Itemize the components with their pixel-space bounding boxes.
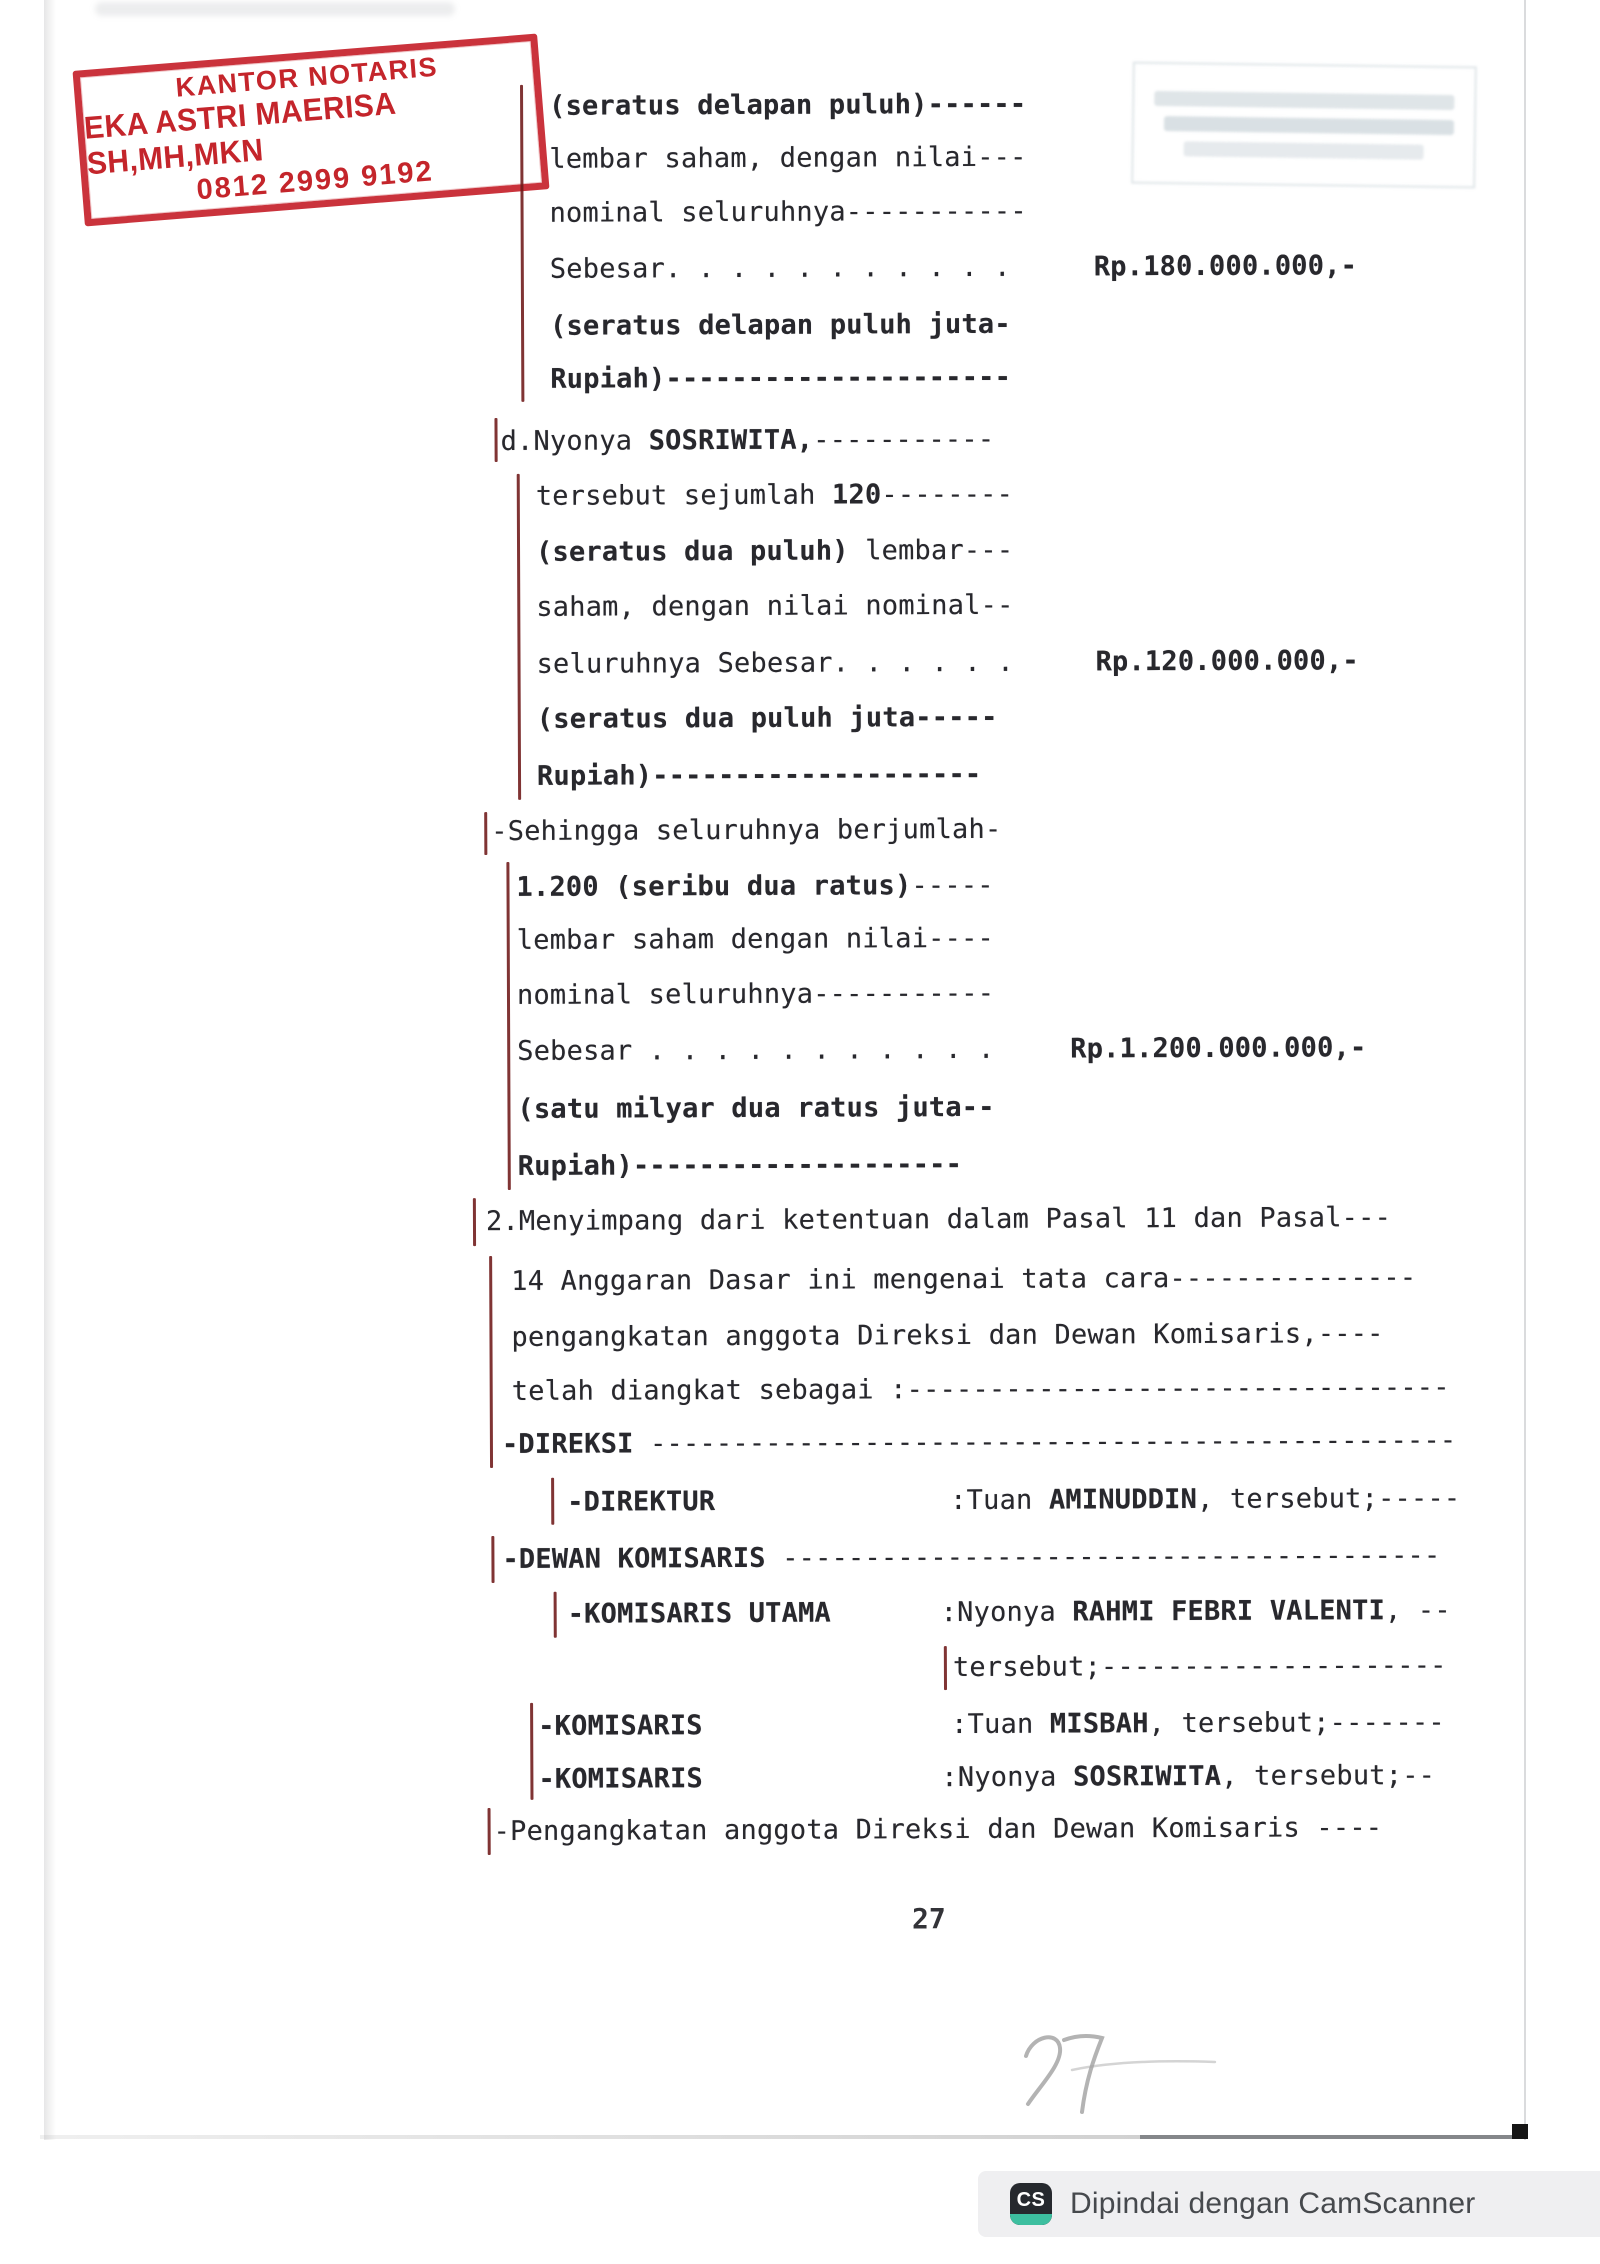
doc-line: (satu milyar dua ratus juta-- <box>517 1087 994 1131</box>
doc-line: -KOMISARIS <box>538 1758 703 1801</box>
handwritten-page-number <box>990 2010 1250 2140</box>
doc-line: :Nyonya SOSRIWITA, tersebut;-- <box>941 1755 1435 1799</box>
doc-line: 1.200 (seribu dua ratus)----- <box>516 865 993 909</box>
doc-line: nominal seluruhnya----------- <box>517 973 994 1017</box>
page-number: 27 <box>912 1902 946 1935</box>
doc-line: nominal seluruhnya----------- <box>549 191 1026 235</box>
doc-line: 2.Menyimpang dari ketentuan dalam Pasal … <box>486 1197 1391 1243</box>
doc-line: -Pengangkatan anggota Direksi dan Dewan … <box>494 1807 1383 1853</box>
doc-line: Rp.120.000.000,- <box>1095 640 1358 683</box>
doc-line: 14 Anggaran Dasar ini mengenai tata cara… <box>511 1257 1416 1303</box>
margin-line <box>494 418 497 462</box>
margin-line <box>517 474 521 800</box>
margin-line <box>506 862 510 1190</box>
camscanner-icon-letters: CS <box>1010 2185 1052 2216</box>
doc-line: (seratus dua puluh juta----- <box>537 697 998 741</box>
margin-line <box>488 1808 491 1855</box>
doc-line: :Tuan MISBAH, tersebut;------- <box>951 1702 1445 1746</box>
doc-line: -DEWAN KOMISARIS -----------------------… <box>502 1535 1440 1581</box>
margin-line <box>473 1198 476 1246</box>
doc-line: -KOMISARIS <box>538 1705 703 1748</box>
doc-line: Rp.180.000.000,- <box>1094 245 1357 288</box>
doc-line: (seratus delapan puluh)------ <box>549 84 1026 128</box>
doc-line: (seratus delapan puluh juta- <box>550 304 1011 348</box>
doc-line: lembar saham, dengan nilai--- <box>549 137 1026 181</box>
camscanner-icon: CS <box>1010 2183 1052 2225</box>
doc-line: -KOMISARIS UTAMA <box>568 1593 831 1636</box>
doc-line: lembar saham dengan nilai---- <box>517 918 994 962</box>
doc-line: seluruhnya Sebesar. . . . . . <box>536 642 1013 686</box>
doc-line: Rupiah)-------------------- <box>518 1144 962 1188</box>
margin-line <box>491 1536 494 1583</box>
margin-line <box>530 1703 533 1800</box>
doc-line: -Sehingga seluruhnya berjumlah- <box>491 809 1001 853</box>
margin-line <box>944 1646 947 1690</box>
margin-line <box>554 1592 557 1638</box>
doc-line: Rupiah)--------------------- <box>550 357 1011 401</box>
doc-line: pengangkatan anggota Direksi dan Dewan K… <box>511 1313 1383 1359</box>
doc-line: tersebut;--------------------- <box>953 1645 1447 1689</box>
doc-line: Sebesar. . . . . . . . . . . <box>550 247 1011 291</box>
margin-line <box>520 85 524 402</box>
doc-line: (seratus dua puluh) lembar--- <box>536 530 1013 574</box>
doc-line: saham, dengan nilai nominal-- <box>536 585 1013 629</box>
doc-line: Sebesar . . . . . . . . . . . <box>517 1029 994 1073</box>
margin-line <box>551 1478 554 1525</box>
doc-line: telah diangkat sebagai :----------------… <box>512 1367 1450 1413</box>
doc-line: Rupiah)-------------------- <box>537 754 981 798</box>
margin-line <box>489 1256 493 1468</box>
scanned-notarial-deed-page: KANTOR NOTARIS EKA ASTRI MAERISA SH,MH,M… <box>0 0 1600 2264</box>
doc-line: :Tuan AMINUDDIN, tersebut;----- <box>950 1478 1460 1522</box>
doc-line: -DIREKSI -------------------------------… <box>502 1420 1457 1466</box>
doc-line: Rp.1.200.000.000,- <box>1070 1027 1366 1070</box>
doc-line: :Nyonya RAHMI FEBRI VALENTI, -- <box>941 1590 1451 1634</box>
doc-line: d.Nyonya SOSRIWITA,----------- <box>500 419 994 463</box>
margin-line <box>484 812 487 855</box>
camscanner-watermark-text: Dipindai dengan CamScanner <box>1070 2187 1475 2221</box>
deed-text-block: (seratus delapan puluh)------lembar saha… <box>0 0 1600 2264</box>
doc-line: tersebut sejumlah 120-------- <box>536 474 1013 518</box>
doc-line: -DIREKTUR <box>567 1481 715 1524</box>
camscanner-footer: CS Dipindai dengan CamScanner <box>978 2171 1600 2237</box>
